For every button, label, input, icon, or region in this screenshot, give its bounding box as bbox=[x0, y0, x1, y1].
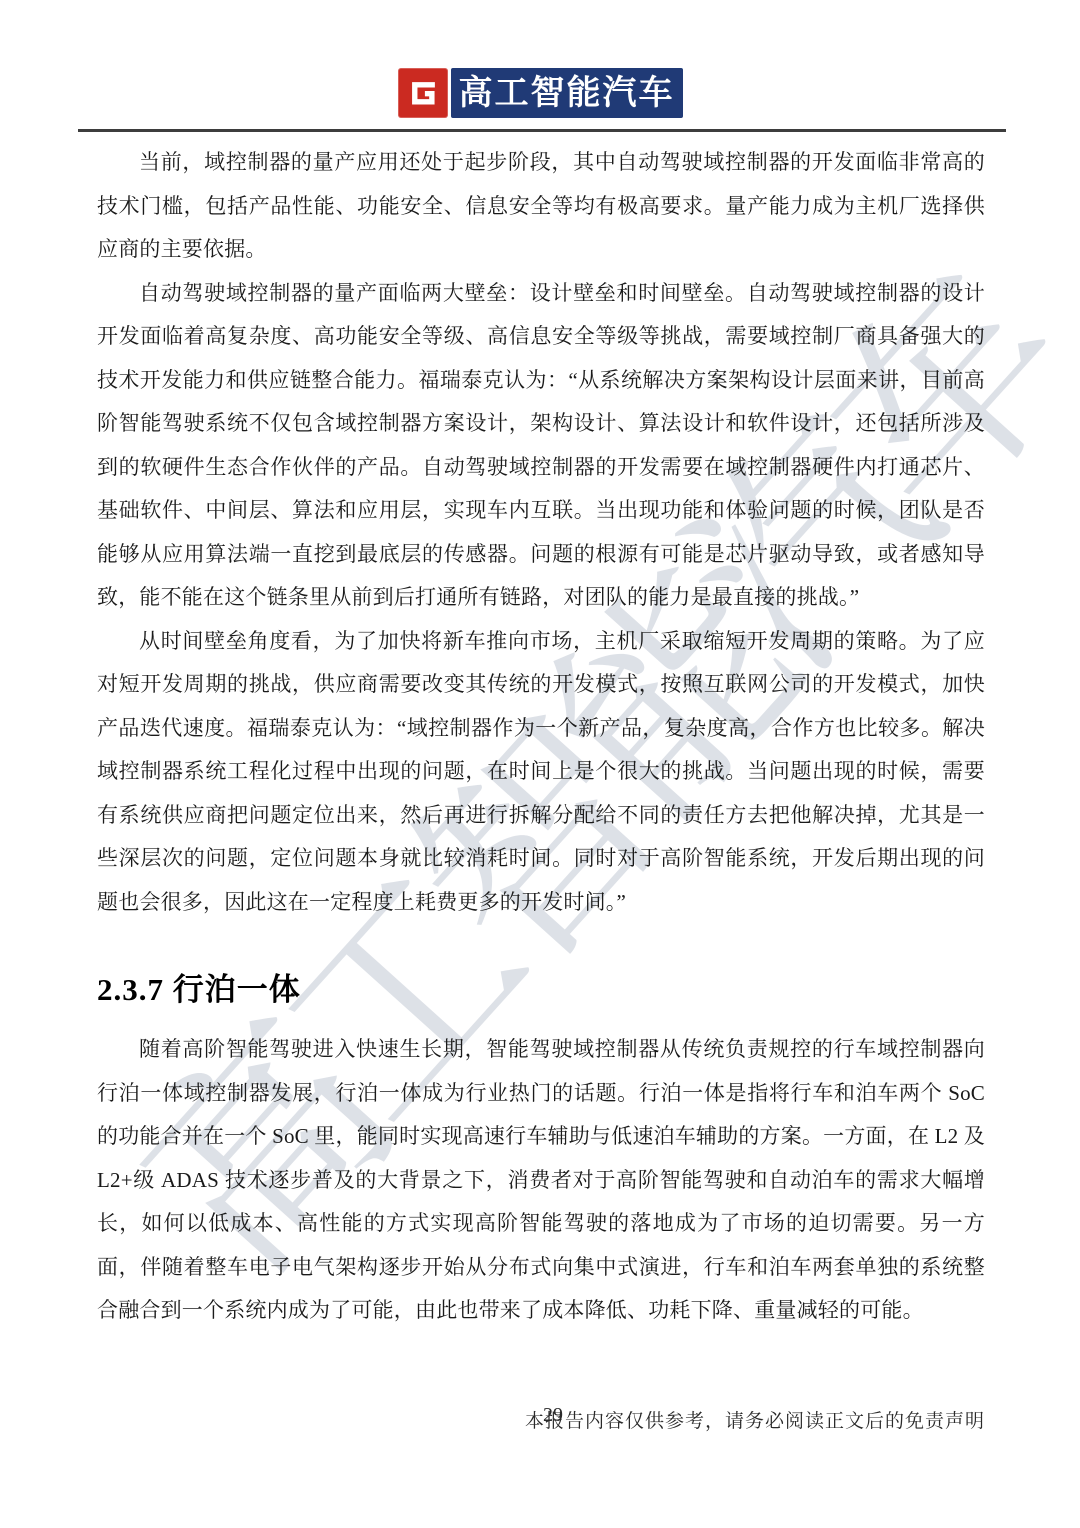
body-paragraph: 随着高阶智能驾驶进入快速生长期，智能驾驶域控制器从传统负责规控的行车域控制器向行… bbox=[97, 1028, 985, 1333]
section-heading: 2.3.7 行泊一体 bbox=[97, 968, 985, 1012]
document-body: 当前，域控制器的量产应用还处于起步阶段，其中自动驾驶域控制器的开发面临非常高的技… bbox=[97, 141, 985, 1333]
header-divider bbox=[78, 129, 1006, 132]
body-paragraph: 当前，域控制器的量产应用还处于起步阶段，其中自动驾驶域控制器的开发面临非常高的技… bbox=[97, 141, 985, 272]
logo-wordmark: 高工智能汽车 bbox=[451, 68, 683, 118]
report-page: 高工智能汽车 高工智能汽车 当前，域控制器的量产应用还处于起步阶段，其中自动驾驶… bbox=[0, 0, 1080, 1528]
footer-disclaimer: 本报告内容仅供参考，请务必阅读正文后的免责声明 bbox=[525, 1406, 985, 1433]
body-paragraph: 从时间壁垒角度看，为了加快将新车推向市场，主机厂采取缩短开发周期的策略。为了应对… bbox=[97, 620, 985, 925]
page-footer: 29 本报告内容仅供参考，请务必阅读正文后的免责声明 bbox=[0, 1404, 1080, 1436]
logo-g-mark-icon bbox=[398, 68, 448, 118]
header-logo: 高工智能汽车 bbox=[0, 68, 1080, 118]
body-paragraph: 自动驾驶域控制器的量产面临两大壁垒：设计壁垒和时间壁垒。自动驾驶域控制器的设计开… bbox=[97, 272, 985, 620]
